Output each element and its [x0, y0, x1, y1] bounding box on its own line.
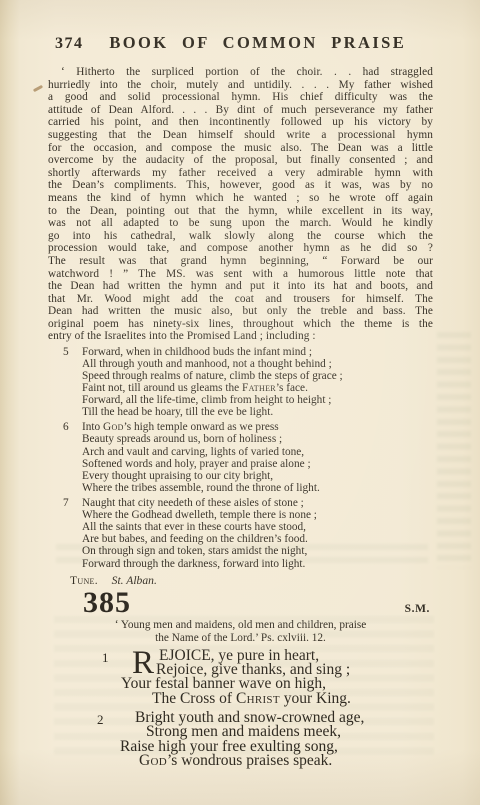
- verse-line: Arch and vault and carving, lights of va…: [82, 446, 440, 458]
- verse-line: Forward through the darkness, forward in…: [82, 558, 440, 570]
- tune-line: Tune.St. Alban.: [70, 574, 480, 587]
- verse-line: Forward, when in childhood buds the infa…: [82, 346, 440, 358]
- prose-line: entry of the Israelites into the Promise…: [48, 330, 433, 343]
- verse-line: Softened words and holy, prayer and prai…: [82, 458, 440, 470]
- prose-line: Dean had written the music also, but onl…: [48, 305, 433, 318]
- verse-line: All through youth and manhood, not a tho…: [82, 358, 440, 370]
- hymn-line: The Cross of Christ your King.: [152, 692, 480, 706]
- verse-number: 6: [63, 421, 69, 433]
- prose-line: the Dean had written the hymn and put it…: [48, 280, 433, 293]
- prose-line: attitude of Dean Alford. . . . By dint o…: [48, 104, 433, 117]
- prose-line: ‘ Hitherto the surpliced portion of the …: [48, 66, 433, 79]
- hymn-verse-number: 1: [102, 651, 109, 665]
- prose-line: watchword ! ” The MS. was sent with a hu…: [48, 268, 433, 281]
- verse-line: Into God’s high temple onward as we pres…: [82, 421, 440, 433]
- prose-line: means the kind of hymn which he wanted ;…: [48, 192, 433, 205]
- verse-line: On through sign and token, stars amidst …: [82, 545, 440, 557]
- hymn-meter: S.M.: [405, 603, 430, 615]
- hymn-verse-1: 1 R EJOICE, ye pure in heart, Rejoice, g…: [0, 649, 480, 707]
- hymn-line: God’s wondrous praises speak.: [139, 754, 480, 768]
- verse-5: 5 Forward, when in childhood buds the in…: [82, 346, 440, 419]
- hymn-heading: 385 S.M.: [83, 587, 430, 619]
- verse-7: 7 Naught that city needeth of these aisl…: [82, 497, 440, 570]
- verse-line: All the saints that ever in these courts…: [82, 521, 440, 533]
- drop-cap-letter: R: [132, 649, 154, 678]
- verse-line: Speed through realms of nature, climb th…: [82, 370, 440, 382]
- page-number: 374: [55, 35, 84, 53]
- paper-scratch: [33, 85, 43, 92]
- hymn-epigraph: ‘ Young men and maidens, old men and chi…: [48, 619, 433, 645]
- prose-line: the Dean’s compliments. This, however, g…: [48, 179, 433, 192]
- page-header: 374 BOOK OF COMMON PRAISE: [0, 0, 480, 53]
- prose-line: for the occasion, and compose the music …: [48, 142, 433, 155]
- prose-line: The result was that grand hymn beginning…: [48, 255, 433, 268]
- tune-label: Tune.: [70, 574, 98, 587]
- prose-paragraph: ‘ Hitherto the surpliced portion of the …: [48, 66, 433, 343]
- verse-line: Faint not, till around us gleams the Fat…: [82, 382, 440, 394]
- prose-line: suggesting that the Dean himself should …: [48, 129, 433, 142]
- verse-6: 6 Into God’s high temple onward as we pr…: [82, 421, 440, 494]
- hymn-excerpt-verses: 5 Forward, when in childhood buds the in…: [82, 346, 440, 570]
- epigraph-line: ‘ Young men and maidens, old men and chi…: [48, 619, 433, 632]
- prose-line: a good and solid processional hymn. His …: [48, 91, 433, 104]
- hymn-verse-number: 2: [97, 713, 104, 727]
- verse-line: Forward, all the life-time, climb from h…: [82, 394, 440, 406]
- book-page-scan: 374 BOOK OF COMMON PRAISE ‘ Hitherto the…: [0, 0, 480, 805]
- prose-line: overcome by the audacity of the proposal…: [48, 154, 433, 167]
- prose-line: original poem has ninety-six lines, thro…: [48, 318, 433, 331]
- prose-line: go into his cathedral, walk slowly along…: [48, 230, 433, 243]
- tune-name: St. Alban.: [112, 574, 157, 587]
- verse-number: 5: [63, 346, 69, 358]
- bleed-through-texture: [437, 332, 471, 568]
- verse-line: Every thought upraising to our city brig…: [82, 470, 440, 482]
- prose-line: hurriedly into the choir, mutely and unt…: [48, 79, 433, 92]
- verse-line: Are but babes, and feeding on the childr…: [82, 533, 440, 545]
- book-title: BOOK OF COMMON PRAISE: [84, 33, 433, 53]
- verse-number: 7: [63, 497, 69, 509]
- prose-line: carried his point, and then incontinentl…: [48, 116, 433, 129]
- prose-line: was not all adapted to be sung upon the …: [48, 217, 433, 230]
- prose-line: procession would take, and compose anoth…: [48, 242, 433, 255]
- verse-line: Naught that city needeth of these aisles…: [82, 497, 440, 509]
- verse-line: Beauty spreads around us, born of holine…: [82, 433, 440, 445]
- prose-line: that Mr. Wood might add the coat and tro…: [48, 293, 433, 306]
- prose-line: to the Dean, pointing out that the hymn,…: [48, 205, 433, 218]
- verse-line: Where the tribes assemble, round the thr…: [82, 482, 440, 494]
- verse-line: Where the Godhead dwelleth, temple there…: [82, 509, 440, 521]
- epigraph-line: the Name of the Lord.’ Ps. cxlviii. 12.: [48, 632, 433, 645]
- hymn-number: 385: [83, 587, 131, 619]
- hymn-verse-2: 2 Bright youth and snow-crowned age, Str…: [0, 711, 480, 769]
- verse-line: Till the head be hoary, till the eve be …: [82, 406, 440, 418]
- prose-line: shortly afterwards my father received a …: [48, 167, 433, 180]
